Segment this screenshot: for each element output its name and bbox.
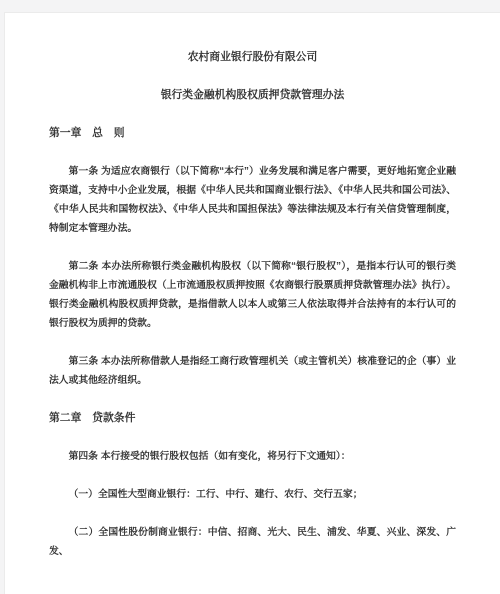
article-paragraph-2: 第二条 本办法所称银行类金融机构股权（以下简称“银行股权”），是指本行认可的银行…: [49, 257, 456, 333]
list-item-1: （一）全国性大型商业银行：工行、中行、建行、农行、交行五家；: [49, 485, 456, 504]
chapter-heading-2: 第二章 贷款条件: [49, 409, 456, 428]
document-content: 农村商业银行股份有限公司 银行类金融机构股权质押贷款管理办法 第一章 总 则 第…: [5, 13, 500, 561]
document-page: 农村商业银行股份有限公司 银行类金融机构股权质押贷款管理办法 第一章 总 则 第…: [4, 12, 500, 594]
doc-title-subject: 银行类金融机构股权质押贷款管理办法: [49, 86, 456, 105]
article-paragraph-4: 第四条 本行接受的银行股权包括（如有变化，将另行下文通知）：: [49, 447, 456, 466]
article-paragraph-1: 第一条 为适应农商银行（以下简称“本行”）业务发展和满足客户需要，更好地拓宽企业…: [49, 162, 456, 238]
document-viewer-background: 农村商业银行股份有限公司 银行类金融机构股权质押贷款管理办法 第一章 总 则 第…: [0, 0, 500, 594]
list-item-2: （二）全国性股份制商业银行：中信、招商、光大、民生、浦发、华夏、兴业、深发、广发…: [49, 523, 456, 561]
doc-title-company: 农村商业银行股份有限公司: [49, 48, 456, 67]
chapter-heading-1: 第一章 总 则: [49, 124, 456, 143]
article-paragraph-3: 第三条 本办法所称借款人是指经工商行政管理机关（或主管机关）核准登记的企（事）业…: [49, 352, 456, 390]
